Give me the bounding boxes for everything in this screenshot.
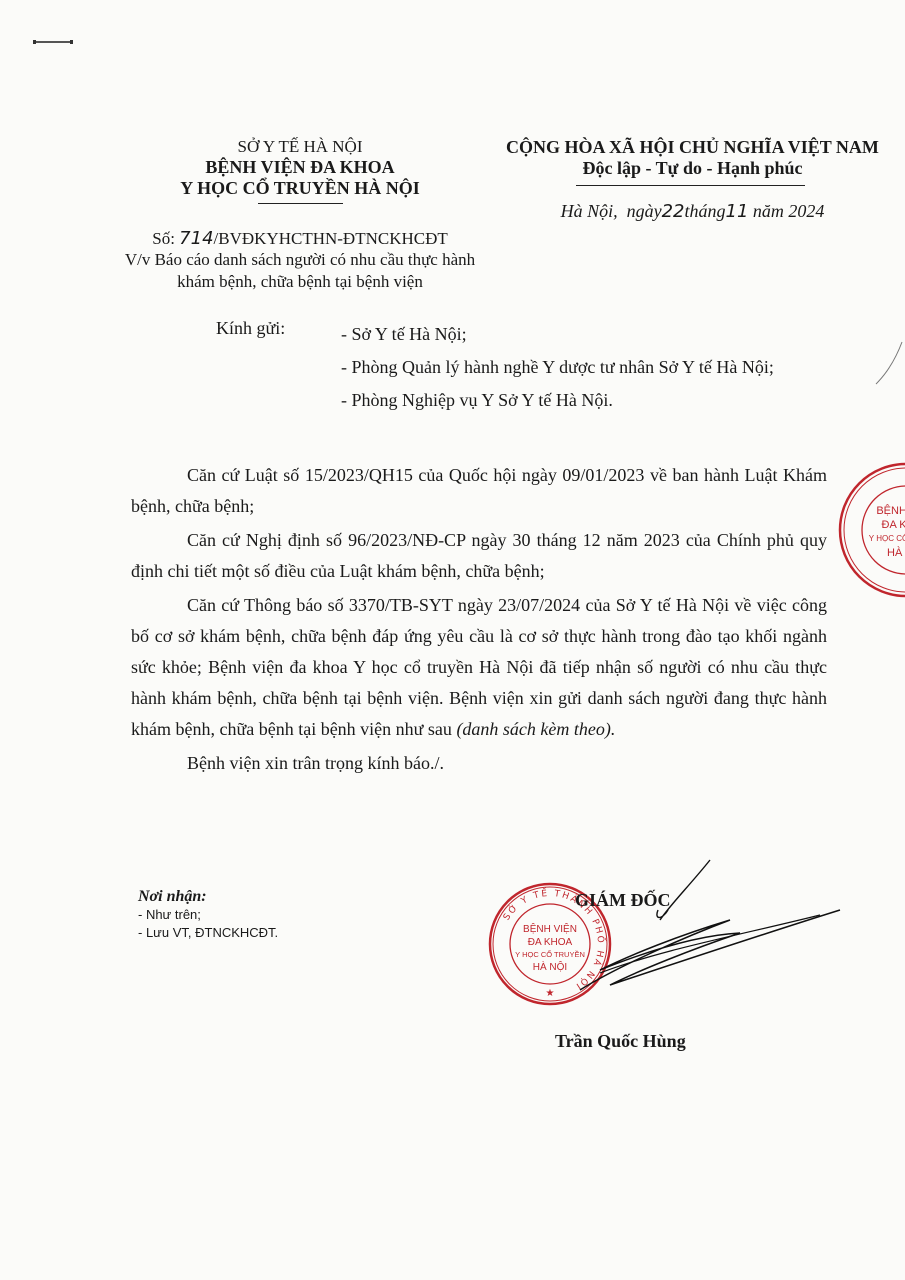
signer-name: Trần Quốc Hùng <box>555 1031 686 1052</box>
number-value: 714 <box>179 228 213 249</box>
body-paragraph: Căn cứ Thông báo số 3370/TB-SYT ngày 23/… <box>131 590 827 745</box>
hospital-name-line1: BỆNH VIỆN ĐA KHOA <box>60 157 540 178</box>
date-line: Hà Nội, ngày22tháng11 năm 2024 <box>495 201 890 222</box>
body-paragraph: Căn cứ Nghị định số 96/2023/NĐ-CP ngày 3… <box>131 525 827 587</box>
country-name: CỘNG HÒA XÃ HỘI CHỦ NGHĨA VIỆT NAM <box>495 137 890 158</box>
motto-underline <box>576 185 805 186</box>
svg-text:ĐA KHOA: ĐA KHOA <box>882 519 905 531</box>
date-place: Hà Nội, <box>561 201 618 221</box>
svg-text:Y HỌC CỔ TRUYỀN: Y HỌC CỔ TRUYỀN <box>869 533 905 543</box>
svg-text:HÀ NỘI: HÀ NỘI <box>887 546 905 559</box>
body-paragraph: Căn cứ Luật số 15/2023/QH15 của Quốc hội… <box>131 460 827 522</box>
national-motto: Độc lập - Tự do - Hạnh phúc <box>495 158 890 179</box>
subject-line1: V/v Báo cáo danh sách người có nhu cầu t… <box>60 249 540 271</box>
number-prefix: Số: <box>152 229 175 248</box>
recipient-item: - Như trên; <box>138 906 278 924</box>
document-number: Số: 714/BVĐKYHCTHN-ĐTNCKHCĐT <box>60 228 540 249</box>
date-year: năm 2024 <box>753 201 825 221</box>
scan-mark <box>33 41 73 43</box>
national-header: CỘNG HÒA XÃ HỘI CHỦ NGHĨA VIỆT NAM Độc l… <box>495 137 890 179</box>
number-code: /BVĐKYHCTHN-ĐTNCKHCĐT <box>214 229 448 248</box>
date-month-label: tháng <box>685 201 726 221</box>
date-day-label: ngày <box>627 201 662 221</box>
subject: V/v Báo cáo danh sách người có nhu cầu t… <box>60 249 540 293</box>
recipient-item: - Lưu VT, ĐTNCKHCĐT. <box>138 924 278 942</box>
addressee-item: - Phòng Quản lý hành nghề Y dược tư nhân… <box>341 351 774 384</box>
handwritten-signature-icon <box>540 855 850 1005</box>
date-day: 22 <box>662 201 685 222</box>
body-paragraph-text: Căn cứ Thông báo số 3370/TB-SYT ngày 23/… <box>131 595 827 739</box>
body-text: Căn cứ Luật số 15/2023/QH15 của Quốc hội… <box>131 460 827 782</box>
addressee-list: - Sở Y tế Hà Nội; - Phòng Quản lý hành n… <box>341 318 774 417</box>
closing-line: Bệnh viện xin trân trọng kính báo./. <box>131 748 827 779</box>
hospital-name-line2: Y HỌC CỔ TRUYỀN HÀ NỘI <box>60 178 540 199</box>
header-underline <box>258 203 343 204</box>
recipients-block: Nơi nhận: - Như trên; - Lưu VT, ĐTNCKHCĐ… <box>138 888 278 942</box>
addressee-label: Kính gửi: <box>216 318 285 339</box>
pen-mark-icon <box>872 340 905 390</box>
svg-text:BỆNH VIỆN: BỆNH VIỆN <box>876 504 905 517</box>
attachment-note: (danh sách kèm theo). <box>456 719 615 739</box>
subject-line2: khám bệnh, chữa bệnh tại bệnh viện <box>60 271 540 293</box>
parent-agency: SỞ Y TẾ HÀ NỘI <box>60 136 540 157</box>
date-month: 11 <box>726 201 749 222</box>
addressee-item: - Phòng Nghiệp vụ Y Sở Y tế Hà Nội. <box>341 384 774 417</box>
recipients-title: Nơi nhận: <box>138 888 278 906</box>
issuer-header: SỞ Y TẾ HÀ NỘI BỆNH VIỆN ĐA KHOA Y HỌC C… <box>60 136 540 199</box>
addressee-item: - Sở Y tế Hà Nội; <box>341 318 774 351</box>
edge-stamp-icon: BỆNH VIỆN ĐA KHOA Y HỌC CỔ TRUYỀN HÀ NỘI <box>836 460 905 600</box>
